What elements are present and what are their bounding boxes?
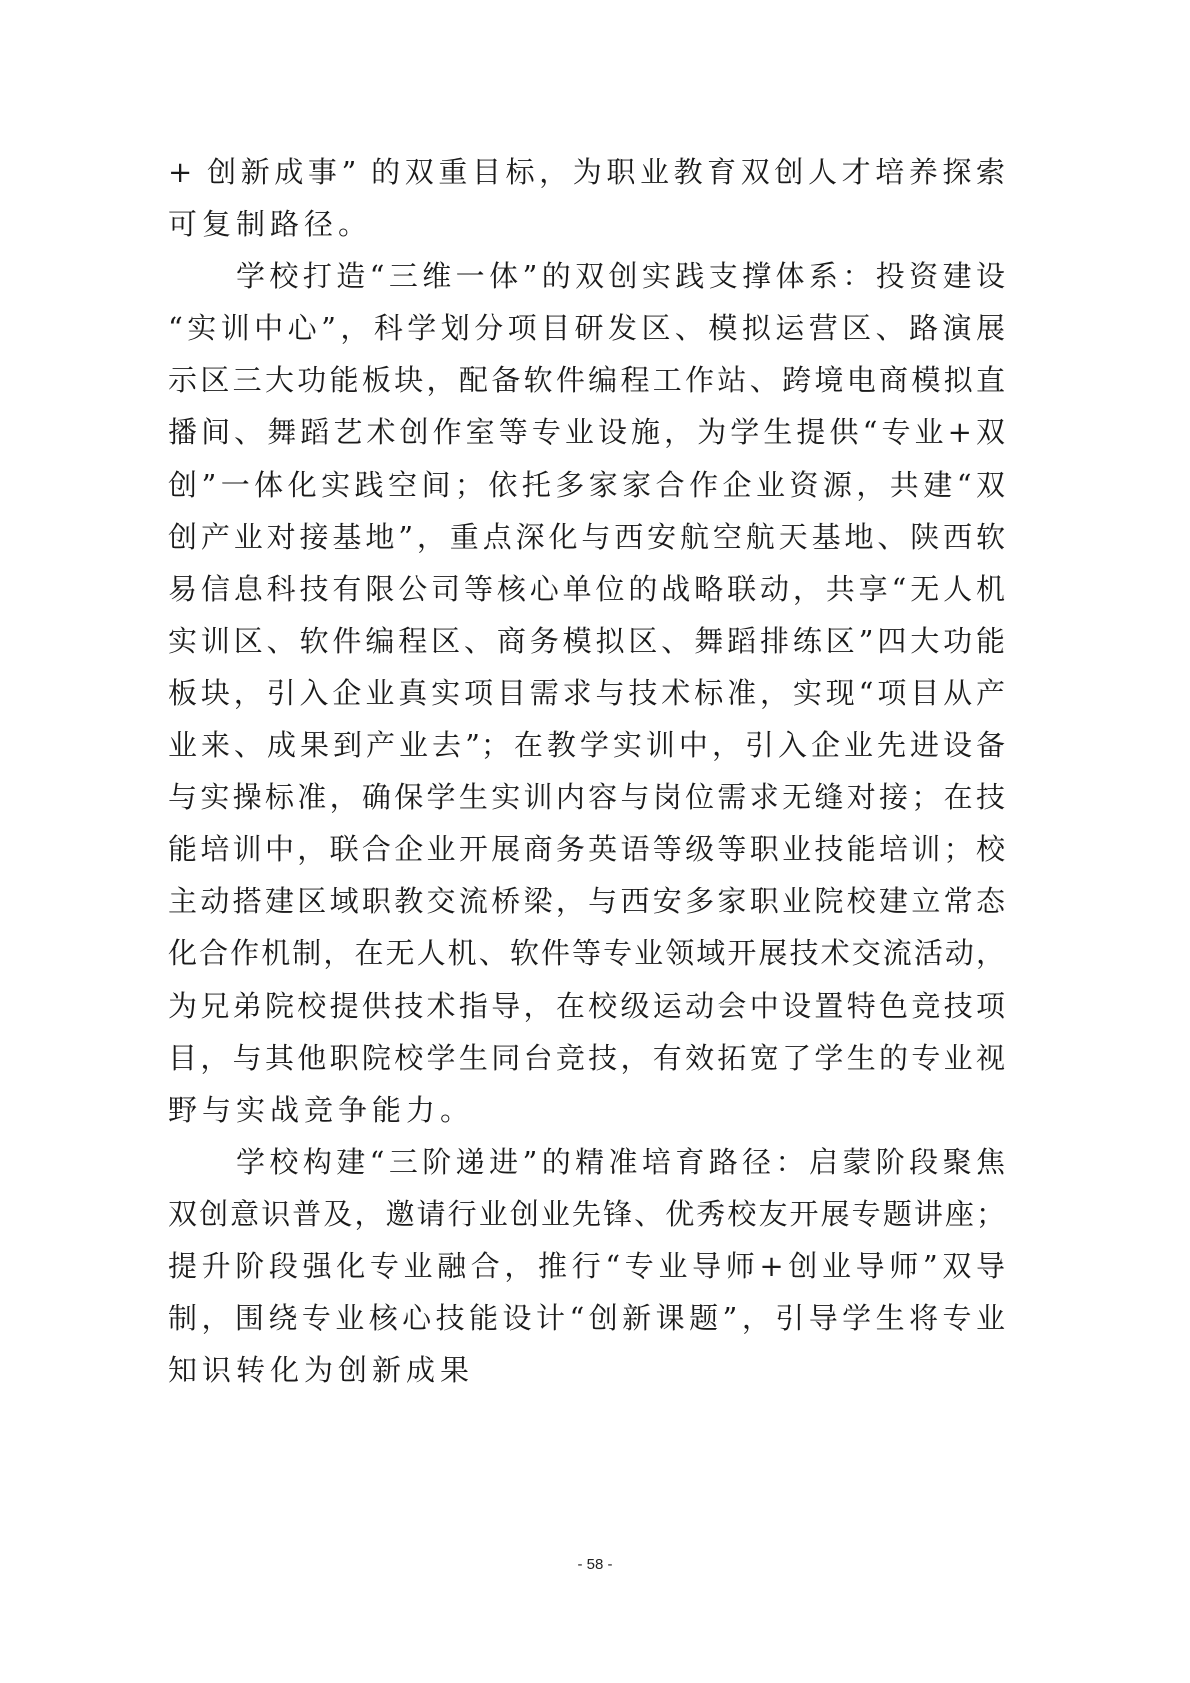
text-line: 学校打造“三维一体”的双创实践支撑体系：投资建设 (168, 250, 1006, 302)
text-line: 化合作机制，在无人机、软件等专业领域开展技术交流活动， (168, 927, 1006, 979)
page-number: - 58 - (0, 1556, 1190, 1573)
text-line: 能培训中，联合企业开展商务英语等级等职业技能培训；校 (168, 823, 1006, 875)
text-line: 板块，引入企业真实项目需求与技术标准，实现“项目从产 (168, 667, 1006, 719)
text-line: + 创新成事” 的双重目标，为职业教育双创人才培养探索 (168, 146, 1006, 198)
paragraph-2: 学校打造“三维一体”的双创实践支撑体系：投资建设 “实训中心”，科学划分项目研发… (168, 250, 1006, 1136)
text-line: 易信息科技有限公司等核心单位的战略联动，共享“无人机 (168, 563, 1006, 615)
text-line: 创产业对接基地”，重点深化与西安航空航天基地、陕西软 (168, 511, 1006, 563)
text-line: 为兄弟院校提供技术指导，在校级运动会中设置特色竞技项 (168, 980, 1006, 1032)
text-line: 主动搭建区域职教交流桥梁，与西安多家职业院校建立常态 (168, 875, 1006, 927)
text-line: 示区三大功能板块，配备软件编程工作站、跨境电商模拟直 (168, 354, 1006, 406)
text-line: 目，与其他职院校学生同台竞技，有效拓宽了学生的专业视 (168, 1032, 1006, 1084)
paragraph-3: 学校构建“三阶递进”的精准培育路径：启蒙阶段聚焦 双创意识普及，邀请行业创业先锋… (168, 1136, 1006, 1396)
text-line: 制，围绕专业核心技能设计“创新课题”，引导学生将专业 (168, 1292, 1006, 1344)
text-line: 业来、成果到产业去”；在教学实训中，引入企业先进设备 (168, 719, 1006, 771)
text-line: “实训中心”，科学划分项目研发区、模拟运营区、路演展 (168, 302, 1006, 354)
text-line: 可复制路径。 (168, 198, 1006, 250)
text-line: 与实操标准，确保学生实训内容与岗位需求无缝对接；在技 (168, 771, 1006, 823)
text-line: 学校构建“三阶递进”的精准培育路径：启蒙阶段聚焦 (168, 1136, 1006, 1188)
text-line: 知识转化为创新成果 (168, 1344, 1006, 1396)
text-line: 提升阶段强化专业融合，推行“专业导师+创业导师”双导 (168, 1240, 1006, 1292)
document-page: + 创新成事” 的双重目标，为职业教育双创人才培养探索 可复制路径。 学校打造“… (0, 0, 1190, 1683)
paragraph-1: + 创新成事” 的双重目标，为职业教育双创人才培养探索 可复制路径。 (168, 146, 1006, 250)
text-line: 创”一体化实践空间；依托多家家合作企业资源，共建“双 (168, 459, 1006, 511)
text-line: 实训区、软件编程区、商务模拟区、舞蹈排练区”四大功能 (168, 615, 1006, 667)
text-line: 双创意识普及，邀请行业创业先锋、优秀校友开展专题讲座； (168, 1188, 1006, 1240)
text-line: 播间、舞蹈艺术创作室等专业设施，为学生提供“专业+双 (168, 406, 1006, 458)
body-text: + 创新成事” 的双重目标，为职业教育双创人才培养探索 可复制路径。 学校打造“… (168, 146, 1006, 1396)
text-line: 野与实战竞争能力。 (168, 1084, 1006, 1136)
